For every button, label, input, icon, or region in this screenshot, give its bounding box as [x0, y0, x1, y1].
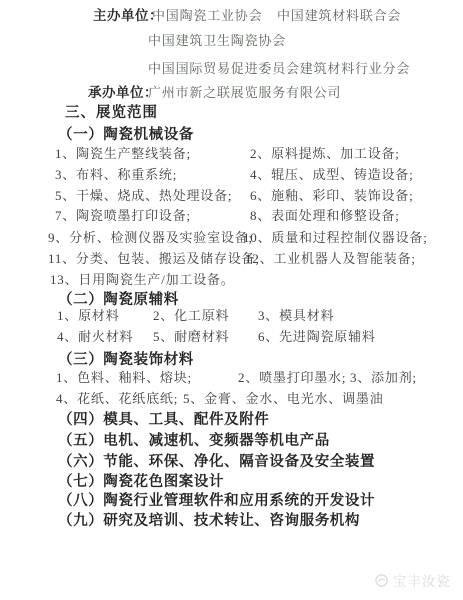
- decoration-row-1-seg-2: 3、添加剂;: [350, 370, 417, 386]
- undertaker-line: 承办单位：广州市新之联展览服务有限公司: [0, 85, 463, 102]
- subsection-9-heading: （九）研究及培训、技术转让、咨询服务机构: [0, 513, 463, 530]
- decoration-row-2: 4、花纸、花纸底纸;5、金膏、金水、电光水、调墨油: [0, 391, 463, 408]
- subsection-8-heading: （八）陶瓷行业管理软件和应用系统的开发设计: [0, 493, 463, 510]
- decoration-row-1: 1、色料、釉料、熔块;2、喷墨打印墨水;3、添加剂;: [0, 370, 463, 387]
- subsection-4-heading-seg-0: （四）模具、工具、配件及附件: [58, 412, 269, 428]
- subsection-3-heading: （三）陶瓷装饰材料: [0, 352, 463, 369]
- subsection-5-heading: （五）电机、减速机、变频器等机电产品: [0, 433, 463, 450]
- subsection-6-heading-seg-0: （六）节能、环保、净化、隔音设备及安全装置: [58, 454, 375, 470]
- raw-materials-row-1: 1、原材料2、化工原料3、模具材料: [0, 308, 463, 325]
- subsection-2-heading: （二）陶瓷原辅料: [0, 292, 463, 309]
- raw-materials-row-1-seg-2: 3、模具材料: [258, 308, 334, 324]
- decoration-row-2-seg-1: 5、金膏、金水、电光水、调墨油: [183, 391, 384, 407]
- machinery-row-7: 13、日用陶瓷生产/加工设备。: [0, 272, 463, 289]
- subsection-1-heading-seg-0: （一）陶瓷机械设备: [58, 127, 194, 143]
- subsection-1-heading: （一）陶瓷机械设备: [0, 127, 463, 144]
- organizer-1: 中国陶瓷工业协会: [152, 8, 262, 24]
- watermark: 宝丰汝瓷: [374, 570, 451, 590]
- machinery-row-2-seg-1: 4、辊压、成型、铸造设备;: [250, 167, 414, 183]
- decoration-row-1-seg-0: 1、色料、釉料、熔块;: [56, 370, 192, 386]
- undertaker-value: 广州市新之联展览服务有限公司: [148, 85, 341, 101]
- machinery-row-1-seg-0: 1、陶瓷生产整线装备;: [55, 146, 191, 162]
- machinery-row-5-seg-1: 10、质量和过程控制仪器设备;: [243, 230, 428, 246]
- machinery-row-6: 11、分类、包装、搬运及储存设备;12、工业机器人及智能装备;: [0, 251, 463, 268]
- organizer-line-2: 中国建筑卫生陶瓷协会: [0, 33, 463, 50]
- machinery-row-5: 9、分析、检测仪器及实验室设备;10、质量和过程控制仪器设备;: [0, 230, 463, 247]
- subsection-3-heading-seg-0: （三）陶瓷装饰材料: [58, 352, 194, 368]
- organizer-4: 中国国际贸易促进委员会建筑材料行业分会: [148, 61, 410, 77]
- subsection-8-heading-seg-0: （八）陶瓷行业管理软件和应用系统的开发设计: [58, 493, 375, 509]
- subsection-6-heading: （六）节能、环保、净化、隔音设备及安全装置: [0, 454, 463, 471]
- section-title: 三、展览范围: [65, 105, 158, 121]
- raw-materials-row-1-seg-0: 1、原材料: [57, 308, 120, 324]
- raw-materials-row-2-seg-0: 4、耐火材料: [57, 329, 133, 345]
- exhibition-scope-title: 三、展览范围: [0, 105, 463, 122]
- decoration-row-2-seg-0: 4、花纸、花纸底纸;: [56, 391, 178, 407]
- machinery-row-1-seg-1: 2、原料提炼、加工设备;: [250, 146, 400, 162]
- machinery-row-3-seg-0: 5、干燥、烧成、热处理设备;: [55, 188, 232, 204]
- organizer-2: 中国建筑材料联合会: [277, 8, 401, 24]
- subsection-4-heading: （四）模具、工具、配件及附件: [0, 412, 463, 429]
- subsection-5-heading-seg-0: （五）电机、减速机、变频器等机电产品: [58, 433, 330, 449]
- decoration-row-1-seg-1: 2、喷墨打印墨水;: [238, 370, 346, 386]
- machinery-row-4-seg-0: 7、陶瓷喷墨打印设备;: [55, 208, 191, 224]
- machinery-row-2-seg-0: 3、布料、称重系统;: [55, 167, 177, 183]
- subsection-7-heading: （七）陶瓷花色图案设计: [0, 474, 463, 491]
- subsection-2-heading-seg-0: （二）陶瓷原辅料: [58, 292, 179, 308]
- raw-materials-row-2: 4、耐火材料5、耐磨材料6、先进陶瓷原辅料: [0, 329, 463, 346]
- subsection-7-heading-seg-0: （七）陶瓷花色图案设计: [58, 474, 224, 490]
- raw-materials-row-2-seg-1: 5、耐磨材料: [153, 329, 229, 345]
- machinery-row-4-seg-1: 8、表面处理和修整设备;: [250, 208, 400, 224]
- machinery-row-3: 5、干燥、烧成、热处理设备;6、施釉、彩印、装饰设备;: [0, 188, 463, 205]
- watermark-text: 宝丰汝瓷: [393, 570, 451, 590]
- swirl-logo-icon: [374, 573, 389, 588]
- machinery-row-3-seg-1: 6、施釉、彩印、装饰设备;: [250, 188, 414, 204]
- machinery-row-7-seg-0: 13、日用陶瓷生产/加工设备。: [50, 272, 235, 288]
- organizer-line-1: 主办单位：中国陶瓷工业协会中国建筑材料联合会: [0, 8, 463, 25]
- machinery-row-6-seg-1: 12、工业机器人及智能装备;: [245, 251, 416, 267]
- machinery-row-1: 1、陶瓷生产整线装备;2、原料提炼、加工设备;: [0, 146, 463, 163]
- machinery-row-6-seg-0: 11、分类、包装、搬运及储存设备;: [48, 251, 260, 267]
- raw-materials-row-2-seg-2: 6、先进陶瓷原辅料: [258, 329, 376, 345]
- machinery-row-5-seg-0: 9、分析、检测仪器及实验室设备;: [48, 230, 253, 246]
- organizer-line-3: 中国国际贸易促进委员会建筑材料行业分会: [0, 61, 463, 78]
- machinery-row-4: 7、陶瓷喷墨打印设备;8、表面处理和修整设备;: [0, 208, 463, 225]
- document-page: 主办单位：中国陶瓷工业协会中国建筑材料联合会中国建筑卫生陶瓷协会中国国际贸易促进…: [0, 0, 463, 600]
- machinery-row-2: 3、布料、称重系统;4、辊压、成型、铸造设备;: [0, 167, 463, 184]
- organizer-3: 中国建筑卫生陶瓷协会: [148, 33, 286, 49]
- raw-materials-row-1-seg-1: 2、化工原料: [153, 308, 229, 324]
- subsection-9-heading-seg-0: （九）研究及培训、技术转让、咨询服务机构: [58, 513, 360, 529]
